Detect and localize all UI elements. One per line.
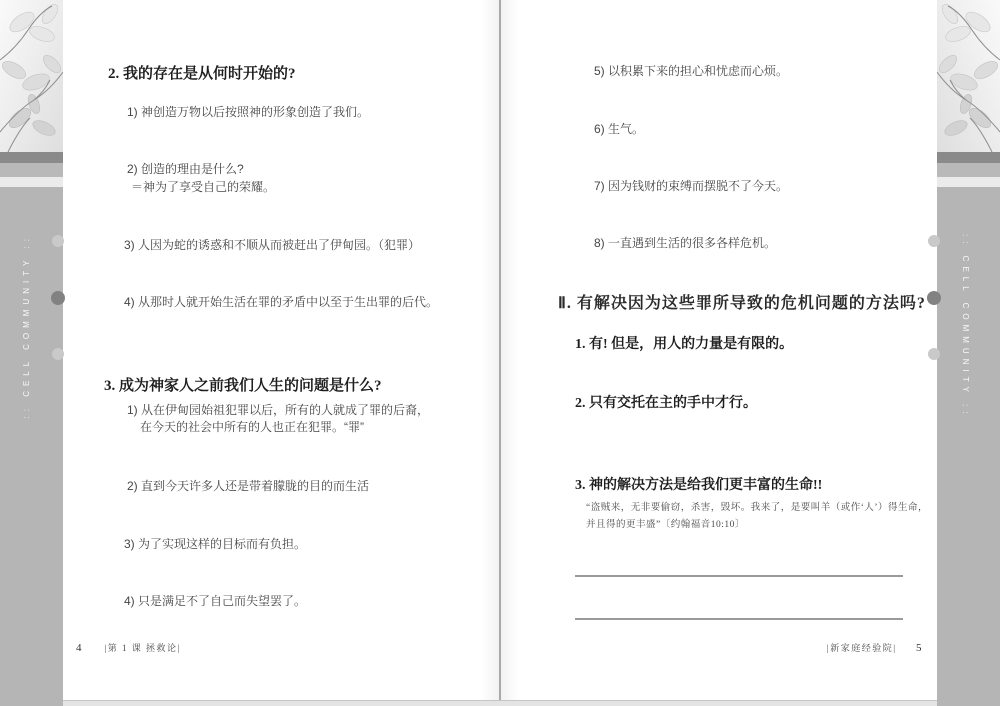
gutter-shadow-right bbox=[501, 0, 519, 700]
ring-icon bbox=[928, 348, 940, 360]
section-ii-heading: Ⅱ. 有解决因为这些罪所导致的危机问题的方法吗? bbox=[558, 290, 926, 313]
page-bottom-edge bbox=[63, 700, 937, 706]
section-2-item-4: 4) 从那时人就开始生活在罪的矛盾中以至于生出罪的后代。 bbox=[124, 293, 438, 311]
section-3-item-1-line-1: 1) 从在伊甸园始祖犯罪以后，所有的人就成了罪的后裔， bbox=[127, 401, 429, 419]
page-right: 5) 以积累下来的担心和忧虑而心烦。 6) 生气。 7) 因为钱财的束缚而摆脱不… bbox=[501, 0, 937, 700]
book-label: |新家庭经验院| bbox=[827, 643, 897, 653]
item-7: 7) 因为钱财的束缚而摆脱不了今天。 bbox=[594, 177, 788, 195]
ring-icon bbox=[52, 348, 64, 360]
ring-icon bbox=[51, 291, 65, 305]
section-2-item-3: 3) 人因为蛇的诱惑和不顺从而被赶出了伊甸园。（犯罪） bbox=[124, 236, 420, 254]
sidebar-stripe-dark bbox=[0, 152, 63, 163]
page-left: 2. 我的存在是从何时开始的? 1) 神创造万物以后按照神的形象创造了我们。 2… bbox=[63, 0, 499, 700]
book-spread: 2. 我的存在是从何时开始的? 1) 神创造万物以后按照神的形象创造了我们。 2… bbox=[0, 0, 1000, 706]
section-3-item-3: 3) 为了实现这样的目标而有负担。 bbox=[124, 535, 306, 553]
ring-icon bbox=[928, 235, 940, 247]
chapter-label: |第 1 课 拯救论| bbox=[105, 643, 181, 653]
page-gutter bbox=[499, 0, 501, 700]
section-3-heading: 3. 成为神家人之前我们人生的问题是什么? bbox=[104, 374, 382, 395]
sidebar-stripe-dark bbox=[937, 152, 1000, 163]
section-2-item-2-answer: ＝神为了享受自己的荣耀。 bbox=[131, 178, 275, 196]
scripture-quote-line-1: “盗贼来，无非要偷窃，杀害，毁坏。我来了，是要叫羊（或作‘人’）得生命， bbox=[586, 500, 928, 517]
sidebar-left-vertical-text: :: CELL COMMUNITY :: bbox=[22, 234, 31, 418]
ring-icon bbox=[52, 235, 64, 247]
left-page-footer: 4 |第 1 课 拯救论| bbox=[76, 641, 181, 654]
item-6: 6) 生气。 bbox=[594, 120, 644, 138]
left-page-number: 4 bbox=[76, 642, 83, 654]
point-1: 1. 有! 但是，用人的力量是有限的。 bbox=[575, 333, 793, 353]
sidebar-stripe-light bbox=[0, 177, 63, 187]
gutter-shadow-left bbox=[481, 0, 499, 700]
sidebar-stripe-mid bbox=[0, 163, 63, 177]
answer-line-1 bbox=[575, 575, 903, 577]
ring-icon bbox=[927, 291, 941, 305]
scripture-quote-line-2: 并且得的更丰盛”〔约翰福音10:10〕 bbox=[586, 517, 745, 534]
section-2-heading: 2. 我的存在是从何时开始的? bbox=[108, 62, 296, 83]
section-2-item-2: 2) 创造的理由是什么? bbox=[127, 160, 244, 178]
section-3-item-4: 4) 只是满足不了自己而失望罢了。 bbox=[124, 592, 306, 610]
sidebar-stripe-light bbox=[937, 177, 1000, 187]
point-2: 2. 只有交托在主的手中才行。 bbox=[575, 392, 757, 412]
leaf-photo-image bbox=[0, 0, 63, 152]
sidebar-stripe-mid bbox=[937, 163, 1000, 177]
item-8: 8) 一直遇到生活的很多各样危机。 bbox=[594, 234, 776, 252]
answer-line-2 bbox=[575, 618, 903, 620]
section-3-item-2: 2) 直到今天许多人还是带着朦胧的目的而生活 bbox=[127, 477, 369, 495]
section-2-item-1: 1) 神创造万物以后按照神的形象创造了我们。 bbox=[127, 103, 369, 121]
right-page-footer: |新家庭经验院| 5 bbox=[827, 641, 923, 654]
section-3-item-1-line-2: 在今天的社会中所有的人也正在犯罪。“罪” bbox=[140, 418, 364, 436]
leaf-photo-image bbox=[937, 0, 1000, 152]
point-3: 3. 神的解决方法是给我们更丰富的生命!! bbox=[575, 474, 822, 494]
item-5: 5) 以积累下来的担心和忧虑而心烦。 bbox=[594, 62, 788, 80]
right-page-number: 5 bbox=[916, 642, 923, 654]
sidebar-right-vertical-text: :: CELL COMMUNITY :: bbox=[961, 234, 970, 418]
sidebar-column bbox=[0, 187, 63, 706]
